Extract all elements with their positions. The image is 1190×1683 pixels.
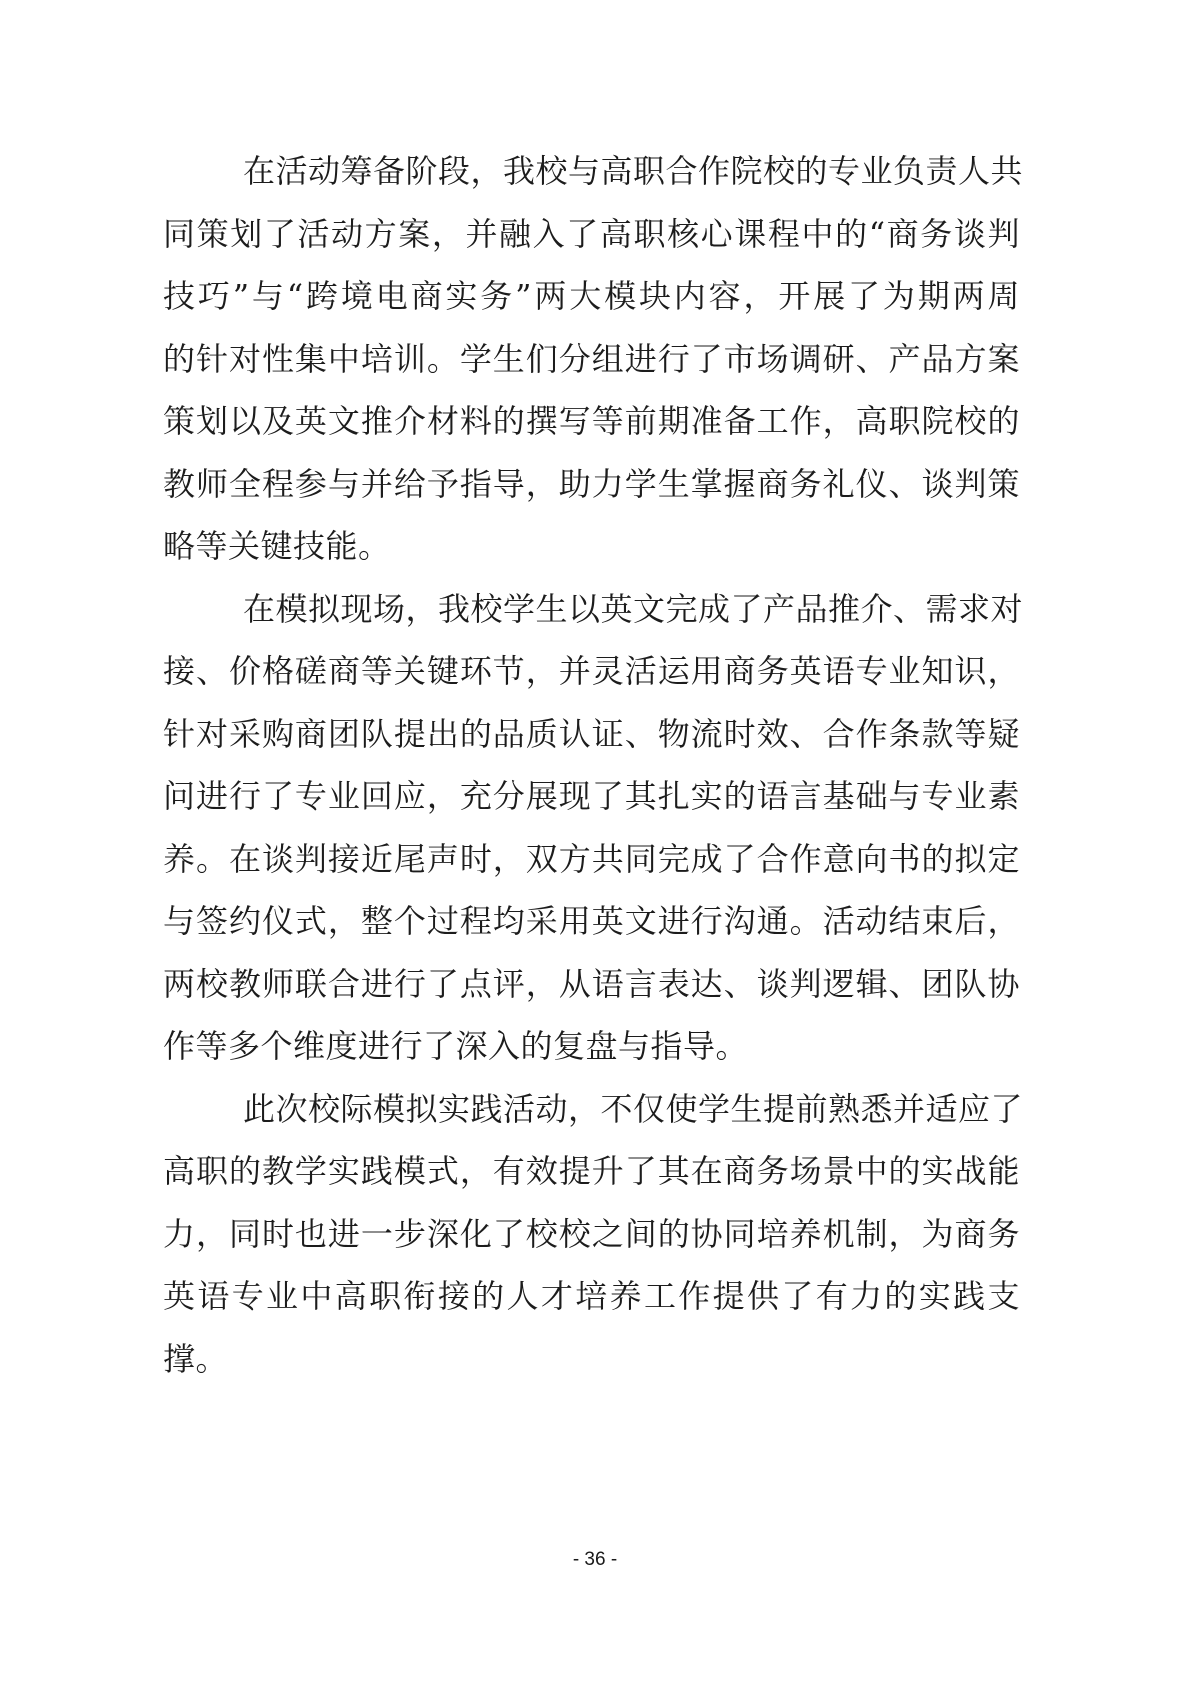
text-line: 养。在谈判接近尾声时，双方共同完成了合作意向书的拟定	[163, 828, 1020, 891]
text-line: 策划以及英文推介材料的撰写等前期准备工作，高职院校的	[163, 390, 1020, 453]
text-line: 接、价格磋商等关键环节，并灵活运用商务英语专业知识，	[163, 640, 1020, 703]
document-page: 在活动筹备阶段，我校与高职合作院校的专业负责人共同策划了活动方案，并融入了高职核…	[0, 0, 1190, 1683]
text-line: 作等多个维度进行了深入的复盘与指导。	[163, 1015, 1020, 1078]
text-line: 略等关键技能。	[163, 515, 1020, 578]
text-line: 高职的教学实践模式，有效提升了其在商务场景中的实战能	[163, 1140, 1020, 1203]
text-line: 同策划了活动方案，并融入了高职核心课程中的“商务谈判	[163, 203, 1020, 266]
text-line: 教师全程参与并给予指导，助力学生掌握商务礼仪、谈判策	[163, 453, 1020, 516]
text-line: 针对采购商团队提出的品质认证、物流时效、合作条款等疑	[163, 703, 1020, 766]
text-line: 的针对性集中培训。学生们分组进行了市场调研、产品方案	[163, 328, 1020, 391]
document-body: 在活动筹备阶段，我校与高职合作院校的专业负责人共同策划了活动方案，并融入了高职核…	[163, 140, 1020, 1390]
text-line: 与签约仪式，整个过程均采用英文进行沟通。活动结束后，	[163, 890, 1020, 953]
text-line: 技巧”与“跨境电商实务”两大模块内容，开展了为期两周	[163, 265, 1020, 328]
text-line: 在活动筹备阶段，我校与高职合作院校的专业负责人共	[163, 140, 1020, 203]
text-line: 撑。	[163, 1328, 1020, 1391]
page-number: - 36 -	[0, 1548, 1190, 1572]
text-line: 在模拟现场，我校学生以英文完成了产品推介、需求对	[163, 578, 1020, 641]
text-line: 此次校际模拟实践活动，不仅使学生提前熟悉并适应了	[163, 1078, 1020, 1141]
text-line: 力，同时也进一步深化了校校之间的协同培养机制，为商务	[163, 1203, 1020, 1266]
text-line: 两校教师联合进行了点评，从语言表达、谈判逻辑、团队协	[163, 953, 1020, 1016]
text-line: 英语专业中高职衔接的人才培养工作提供了有力的实践支	[163, 1265, 1020, 1328]
text-line: 问进行了专业回应，充分展现了其扎实的语言基础与专业素	[163, 765, 1020, 828]
